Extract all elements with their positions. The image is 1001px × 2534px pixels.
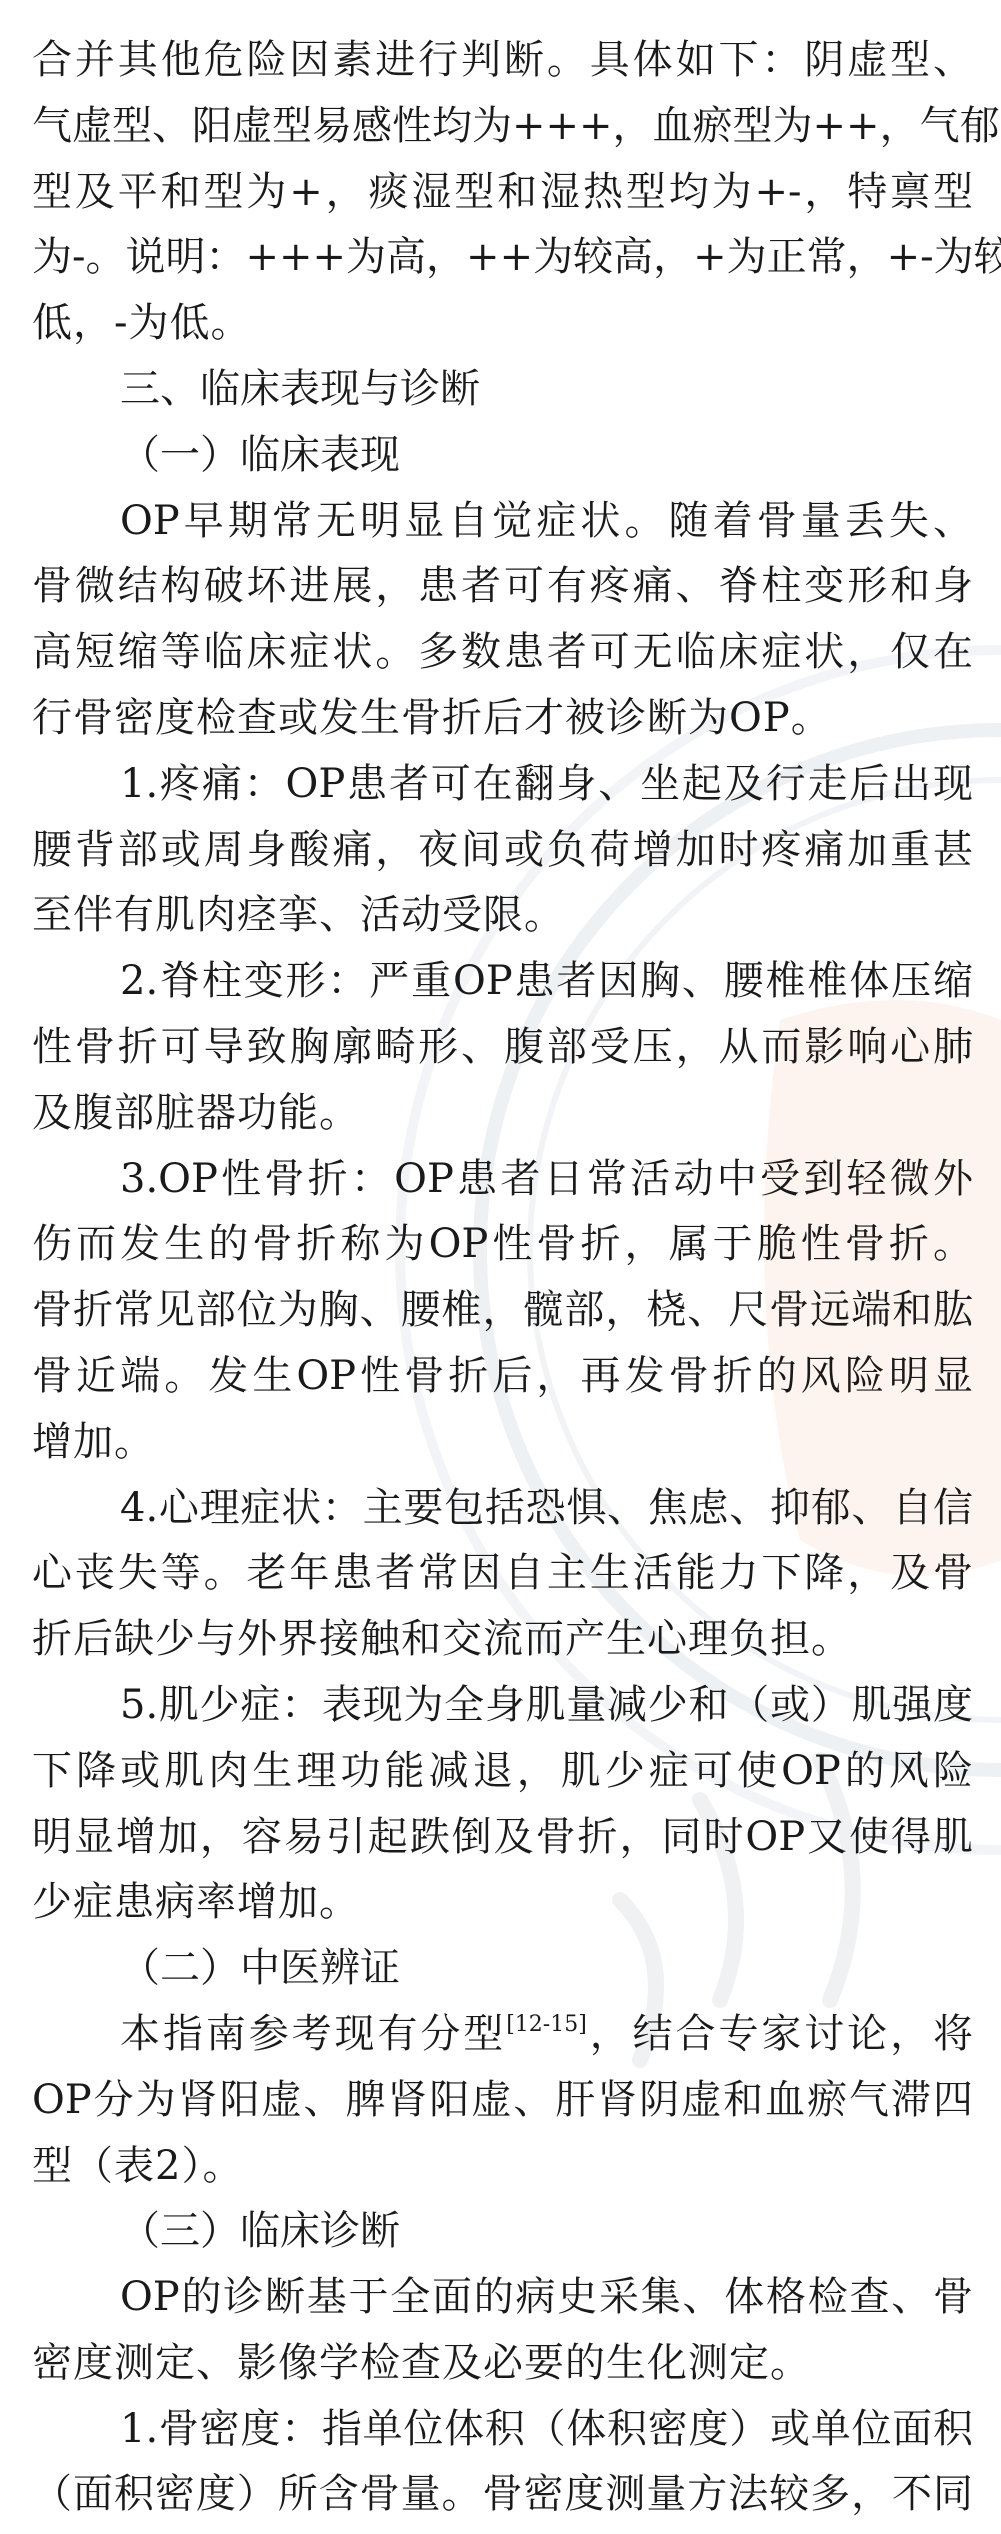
text-segment: 本指南参考现有分型 (120, 2011, 506, 2057)
text-line: 增加。 (32, 1416, 973, 1482)
text-line: （面积密度）所含骨量。骨密度测量方法较多，不同 (32, 2468, 973, 2534)
text-line: 心丧失等。老年患者常因自主生活能力下降，及骨 (32, 1547, 973, 1613)
text-line: 1.疼痛：OP患者可在翻身、坐起及行走后出现 (32, 758, 973, 824)
text-line: 及腹部脏器功能。 (32, 1087, 973, 1153)
subsection-heading: （二）中医辨证 (32, 1942, 973, 2008)
text-line: 骨近端。发生OP性骨折后，再发骨折的风险明显 (32, 1350, 973, 1416)
text-line: 骨微结构破坏进展，患者可有疼痛、脊柱变形和身 (32, 560, 973, 626)
text-line: 1.骨密度：指单位体积（体积密度）或单位面积 (32, 2403, 973, 2469)
subsection-heading: （三）临床诊断 (32, 2205, 973, 2271)
text-line: 合并其他危险因素进行判断。具体如下：阴虚型、 (32, 34, 973, 100)
text-line: 型（表2）。 (32, 2140, 973, 2206)
text-segment: ，结合专家讨论，将 (587, 2011, 973, 2057)
document-page: 合并其他危险因素进行判断。具体如下：阴虚型、 气虚型、阳虚型易感性均为+++，血… (32, 34, 973, 2534)
text-line: 2.脊柱变形：严重OP患者因胸、腰椎椎体压缩 (32, 955, 973, 1021)
text-line: 至伴有肌肉痉挛、活动受限。 (32, 889, 973, 955)
text-line: 气虚型、阳虚型易感性均为+++，血瘀型为++，气郁 (32, 100, 973, 166)
text-line: 4.心理症状：主要包括恐惧、焦虑、抑郁、自信 (32, 1482, 973, 1548)
text-line: 少症患病率增加。 (32, 1876, 973, 1942)
text-line: 高短缩等临床症状。多数患者可无临床症状，仅在 (32, 626, 973, 692)
text-line: 型及平和型为+，痰湿型和湿热型均为+-，特禀型 (32, 166, 973, 232)
text-line: 行骨密度检查或发生骨折后才被诊断为OP。 (32, 692, 973, 758)
text-line: 明显增加，容易引起跌倒及骨折，同时OP又使得肌 (32, 1811, 973, 1877)
text-line: 性骨折可导致胸廓畸形、腹部受压，从而影响心肺 (32, 1021, 973, 1087)
text-line: OP的诊断基于全面的病史采集、体格检查、骨 (32, 2271, 973, 2337)
text-line: 下降或肌肉生理功能减退，肌少症可使OP的风险 (32, 1745, 973, 1811)
text-line: OP早期常无明显自觉症状。随着骨量丢失、 (32, 495, 973, 561)
text-line: 低，-为低。 (32, 297, 973, 363)
text-line: OP分为肾阳虚、脾肾阳虚、肝肾阴虚和血瘀气滞四 (32, 2074, 973, 2140)
text-line: 腰背部或周身酸痛，夜间或负荷增加时疼痛加重甚 (32, 824, 973, 890)
text-line: 折后缺少与外界接触和交流而产生心理负担。 (32, 1613, 973, 1679)
text-line: 伤而发生的骨折称为OP性骨折，属于脆性骨折。 (32, 1218, 973, 1284)
subsection-heading: （一）临床表现 (32, 429, 973, 495)
text-line: 5.肌少症：表现为全身肌量减少和（或）肌强度 (32, 1679, 973, 1745)
text-line: 密度测定、影像学检查及必要的生化测定。 (32, 2337, 973, 2403)
text-line: 骨折常见部位为胸、腰椎，髋部，桡、尺骨远端和肱 (32, 1284, 973, 1350)
text-line: 本指南参考现有分型[12-15]，结合专家讨论，将 (32, 2008, 973, 2074)
citation-reference[interactable]: [12-15] (506, 2012, 587, 2037)
section-heading: 三、临床表现与诊断 (32, 363, 973, 429)
text-line: 3.OP性骨折：OP患者日常活动中受到轻微外 (32, 1153, 973, 1219)
text-line: 为-。说明：+++为高，++为较高，+为正常，+-为较 (32, 231, 973, 297)
